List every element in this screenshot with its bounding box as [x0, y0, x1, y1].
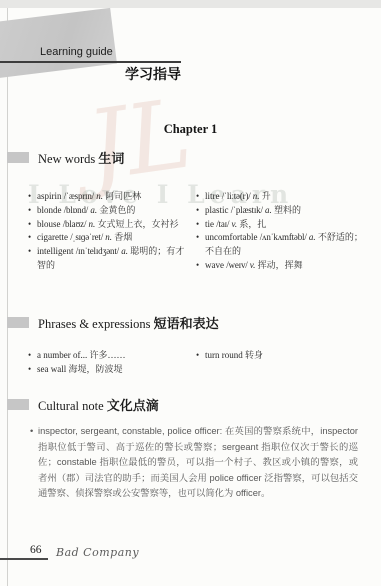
word: plastic — [205, 205, 229, 215]
meaning: 海堤，防波堤 — [69, 364, 123, 374]
part-of-speech: n. — [89, 219, 96, 229]
scan-top-band — [0, 0, 381, 8]
list-item: intelligent /ɪnˈtelɪdʒənt/ a. 聪明的；有才智的 — [30, 245, 190, 273]
part-of-speech: n. — [253, 191, 260, 201]
section-title-zh: 文化点滴 — [107, 398, 159, 413]
word: blonde — [37, 205, 62, 215]
phonetic: /ˈliːtə(r)/ — [222, 191, 251, 201]
meaning: 许多…… — [89, 350, 125, 360]
meaning: 阿司匹林 — [105, 191, 141, 201]
section-cultural-heading: Cultural note 文化点滴 — [0, 395, 381, 414]
part-of-speech: n. — [105, 232, 112, 242]
list-item: uncomfortable /ʌnˈkʌmftəbl/ a. 不舒适的；不自在的 — [198, 231, 366, 259]
footer-rule — [0, 558, 48, 560]
page-number: 66 — [30, 544, 42, 556]
list-item: aspirin /ˈæsprɪn/ n. 阿司匹林 — [30, 190, 190, 204]
section-title-en: Phrases & expressions — [38, 317, 151, 331]
book-page: Learning guide 学习指导 JL I Love I Learn Ch… — [0, 0, 381, 586]
list-item: blonde /blɒnd/ a. 金黄色的 — [30, 204, 190, 218]
list-item: inspector, sergeant, constable, police o… — [30, 424, 358, 502]
section-title: Cultural note 文化点滴 — [38, 395, 381, 414]
watermark-monogram: JL — [82, 85, 197, 194]
vocab-column-2: litre /ˈliːtə(r)/ n. 升 plastic /ˈplæstɪk… — [198, 190, 366, 273]
phrase: turn round — [205, 350, 243, 360]
meaning: 挥动，挥舞 — [258, 260, 303, 270]
word: intelligent — [37, 246, 74, 256]
word: wave — [205, 260, 224, 270]
phonetic: /weɪv/ — [226, 260, 247, 270]
section-title: Phrases & expressions 短语和表达 — [38, 313, 381, 332]
part-of-speech: a. — [309, 232, 316, 242]
section-phrases-heading: Phrases & expressions 短语和表达 — [0, 313, 381, 332]
list-item: turn round 转身 — [198, 349, 366, 363]
list-item: litre /ˈliːtə(r)/ n. 升 — [198, 190, 366, 204]
phonetic: /taɪ/ — [216, 219, 229, 229]
section-marker — [7, 399, 29, 410]
list-item: cigarette /ˌsɪɡəˈret/ n. 香烟 — [30, 231, 190, 245]
section-title-zh: 短语和表达 — [154, 316, 219, 331]
phrase: a number of... — [37, 350, 87, 360]
meaning: 金黄色的 — [99, 205, 135, 215]
meaning: 系，扎 — [239, 219, 266, 229]
meaning: 转身 — [245, 350, 263, 360]
phrase: sea wall — [37, 364, 66, 374]
vocab-column-1: aspirin /ˈæsprɪn/ n. 阿司匹林 blonde /blɒnd/… — [30, 190, 190, 273]
vocab-list: aspirin /ˈæsprɪn/ n. 阿司匹林 blonde /blɒnd/… — [30, 190, 366, 273]
word: tie — [205, 219, 214, 229]
section-title: New words 生词 — [38, 148, 381, 167]
part-of-speech: a. — [265, 205, 272, 215]
part-of-speech: v. — [250, 260, 256, 270]
meaning: 升 — [262, 191, 271, 201]
chapter-title: Chapter 1 — [0, 122, 381, 137]
part-of-speech: a. — [90, 205, 97, 215]
list-item: plastic /ˈplæstɪk/ a. 塑料的 — [198, 204, 366, 218]
phonetic: /ˈplæstɪk/ — [231, 205, 263, 215]
meaning: 女式短上衣，女衬衫 — [98, 219, 179, 229]
section-marker — [7, 152, 29, 163]
cultural-term: inspector, sergeant, constable, police o… — [38, 426, 222, 436]
section-marker — [7, 317, 29, 328]
word: cigarette — [37, 232, 68, 242]
word: litre — [205, 191, 220, 201]
word: uncomfortable — [205, 232, 257, 242]
section-title-en: Cultural note — [38, 399, 104, 413]
word: aspirin — [37, 191, 62, 201]
part-of-speech: a. — [121, 246, 128, 256]
book-title: Bad Company — [56, 546, 139, 559]
header-title-zh: 学习指导 — [0, 64, 181, 84]
phonetic: /ˈæsprɪn/ — [64, 191, 94, 201]
list-item: a number of... 许多…… — [30, 349, 190, 363]
header-rule — [0, 61, 181, 63]
cultural-text: 在英国的警察系统中，inspector 指职位低于警司、高于巡佐的警长或警察；s… — [38, 426, 358, 498]
list-item: tie /taɪ/ v. 系，扎 — [198, 218, 366, 232]
meaning: 香烟 — [114, 232, 132, 242]
list-item: sea wall 海堤，防波堤 — [30, 363, 190, 377]
section-title-en: New words — [38, 152, 95, 166]
list-item: blouse /blaʊz/ n. 女式短上衣，女衬衫 — [30, 218, 190, 232]
phonetic: /ˌsɪɡəˈret/ — [70, 232, 103, 242]
word: blouse — [37, 219, 61, 229]
list-item: wave /weɪv/ v. 挥动，挥舞 — [198, 259, 366, 273]
phonetic: /ɪnˈtelɪdʒənt/ — [76, 246, 119, 256]
phonetic: /blɒnd/ — [64, 205, 88, 215]
cultural-note-body: inspector, sergeant, constable, police o… — [30, 424, 358, 502]
phonetic: /blaʊz/ — [63, 219, 87, 229]
section-title-zh: 生词 — [98, 151, 124, 166]
meaning: 塑料的 — [274, 205, 301, 215]
section-new-words-heading: New words 生词 — [0, 148, 381, 167]
part-of-speech: v. — [232, 219, 238, 229]
header-tab-label: Learning guide — [40, 46, 113, 58]
part-of-speech: n. — [96, 191, 103, 201]
phrase-list: a number of... 许多…… sea wall 海堤，防波堤 turn… — [30, 349, 366, 377]
phrase-column-1: a number of... 许多…… sea wall 海堤，防波堤 — [30, 349, 190, 377]
page-edge-line — [7, 8, 8, 586]
phonetic: /ʌnˈkʌmftəbl/ — [260, 232, 307, 242]
phrase-column-2: turn round 转身 — [198, 349, 366, 377]
